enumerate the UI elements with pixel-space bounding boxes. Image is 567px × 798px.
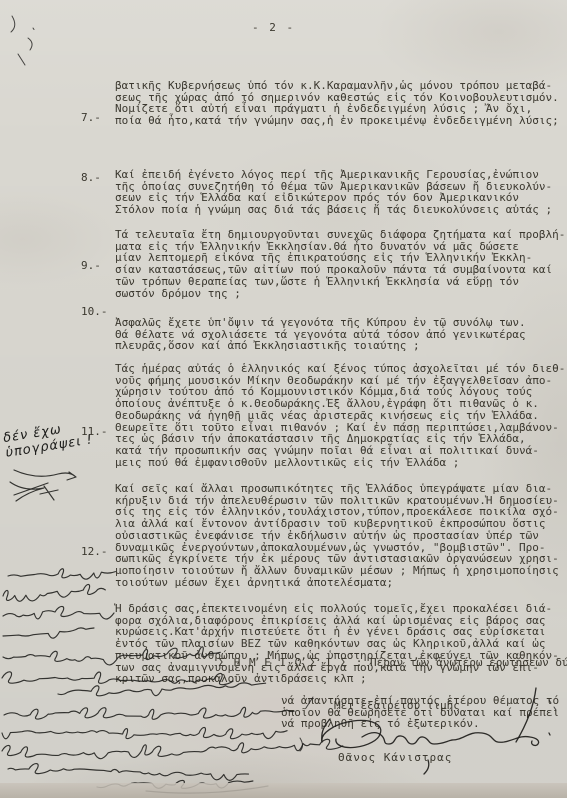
typed-line: Τάς ἡμέρας αὐτάς ὁ ἑλληνικός καί ξένος τ…	[115, 363, 565, 375]
typed-line: οὐσιαστικῶς ἐνεφάνισε τήν ἐκδήλωσιν αὐτή…	[115, 530, 559, 542]
page-number: - 2 -	[252, 21, 295, 34]
question-number: 7.-	[81, 112, 101, 124]
typed-line: Τά τελευταῖα ἔτη δημιουργοῦνται συνεχῶς …	[115, 229, 565, 241]
handwritten-marginal-stroke	[2, 727, 287, 738]
typed-line: βατικῆς Κυβερνήσεως ὑπό τόν κ.Κ.Καραμανλ…	[115, 80, 559, 92]
ink-mark	[18, 54, 25, 65]
handwritten-marginal-stroke	[8, 764, 249, 781]
scan-edge-band	[0, 783, 567, 798]
margin-scribble	[10, 482, 44, 501]
scanned-document-page: - 2 - βατικῆς Κυβερνήσεως ὑπό τόν κ.Κ.Κα…	[0, 0, 567, 798]
ink-mark	[11, 16, 15, 32]
margin-arrow	[14, 470, 76, 480]
question-number: 12.-	[81, 546, 108, 558]
margin-scribble	[14, 483, 48, 495]
question-number: 10.-	[81, 306, 108, 318]
typed-line: Καί σεῖς καί ἄλλαι προσωπικότητες τῆς Ἑλ…	[115, 483, 559, 495]
ink-mark	[28, 38, 32, 50]
typed-line: νά προβληθῆ εἰς τό ἐξωτερικόν.	[281, 718, 559, 730]
question-number: 8.-	[81, 172, 101, 184]
typed-line: Ἡ δράσις σας,ἐπεκτεινομένη εἰς πολλούς τ…	[115, 603, 559, 615]
typed-line: Θεοδωράκης νά ἡγηθῇ μιᾶς νέας ἀριστερᾶς …	[115, 410, 565, 422]
margin-scribble	[40, 486, 58, 500]
closing-salutation: Μετ'ἐξαιρέτου τιμῆς	[334, 699, 460, 712]
signatory-name: Θᾶνος Κάνιστρας	[338, 751, 452, 764]
ink-mark	[33, 28, 34, 30]
question-number: 9.-	[81, 260, 101, 272]
